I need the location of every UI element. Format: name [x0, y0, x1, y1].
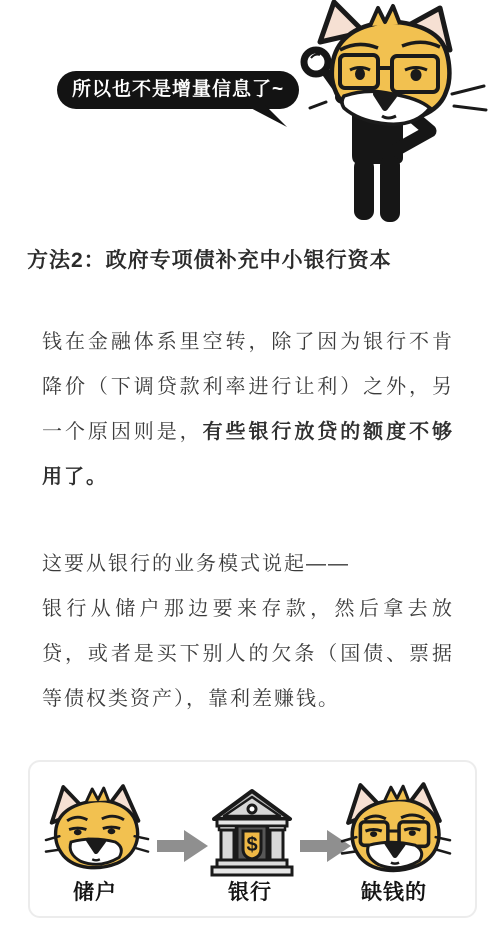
dollar-symbol: $	[246, 834, 257, 856]
arrow-right-icon	[157, 829, 209, 863]
diagram-label-bank: 银行	[203, 876, 297, 906]
diagram-label-borrower: 缺钱的	[342, 876, 446, 906]
fox-face-icon	[44, 784, 150, 873]
flow-diagram-card: $	[28, 760, 477, 918]
section-heading: 方法2：政府专项债补充中小银行资本	[27, 246, 487, 276]
diagram-label-depositor: 储户	[48, 876, 142, 906]
speech-bubble-tail	[243, 105, 287, 127]
paragraph-2-body: 银行从储户那边要来存款，然后拿去放贷，或者是买下别人的欠条（国债、票据等债权类资…	[42, 587, 454, 722]
fox-face-glasses-icon	[340, 782, 452, 876]
article-page: 所以也不是增量信息了~	[0, 0, 500, 926]
fox-mascot-illustration	[288, 0, 500, 232]
hero-illustration: 所以也不是增量信息了~	[0, 0, 500, 238]
fox-hair-tuft	[370, 6, 400, 26]
speech-bubble-text: 所以也不是增量信息了~	[72, 79, 284, 100]
speech-bubble: 所以也不是增量信息了~	[57, 71, 299, 109]
bank-icon: $	[210, 788, 294, 880]
paragraph-2-intro: 这要从银行的业务模式说起——	[42, 542, 454, 587]
paragraph-1: 钱在金融体系里空转，除了因为银行不肯降价（下调贷款利率进行让利）之外，另一个原因…	[42, 320, 454, 500]
